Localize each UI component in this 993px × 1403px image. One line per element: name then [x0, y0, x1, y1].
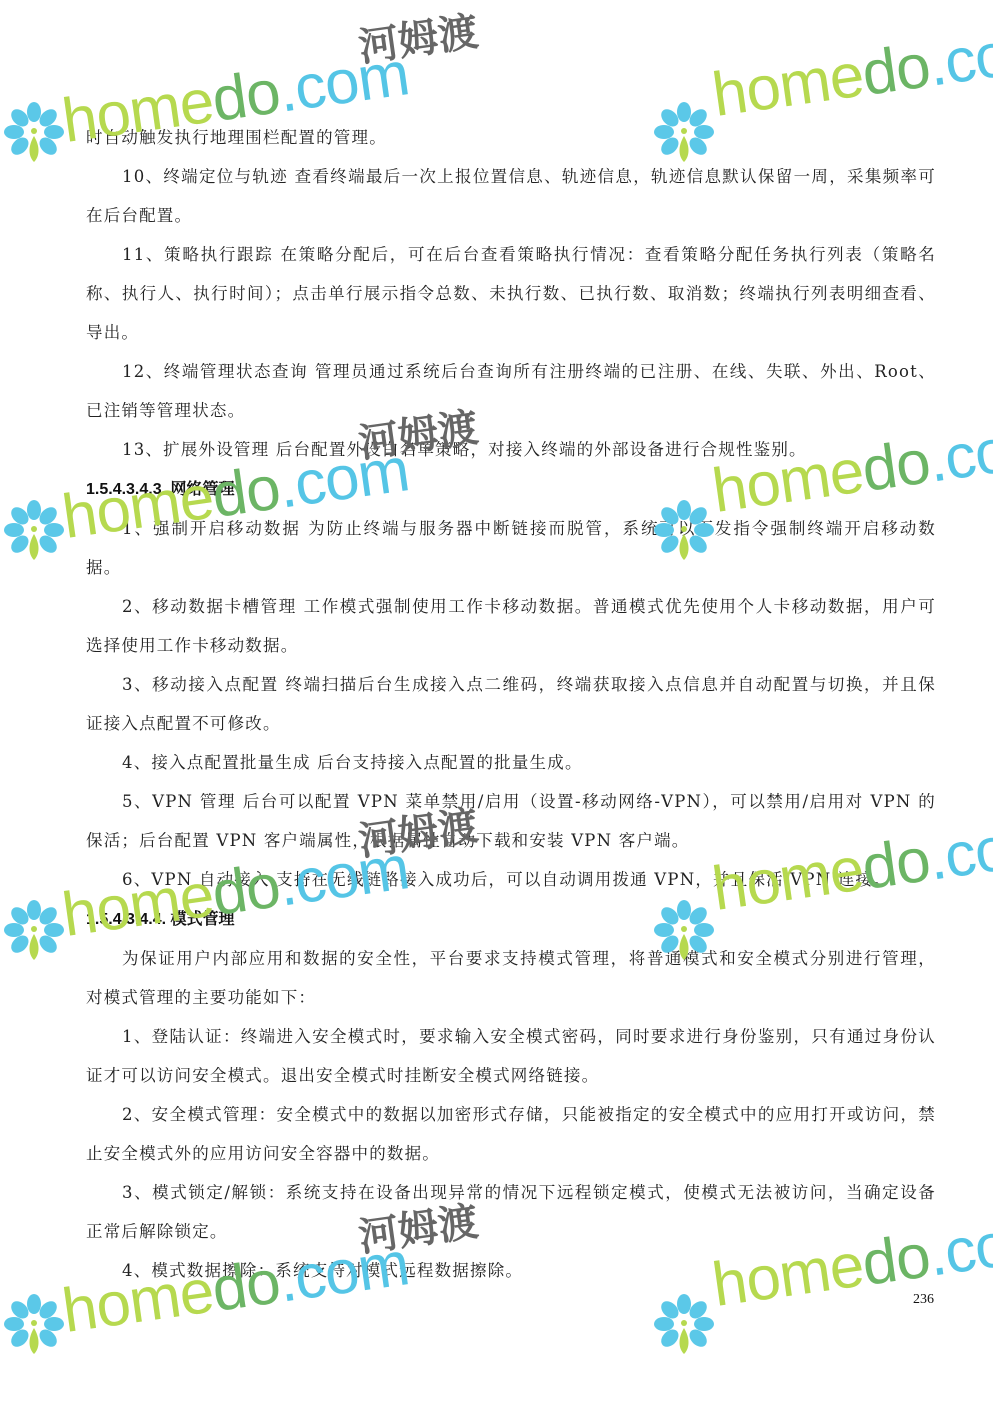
- paragraph-mode-2: 2、安全模式管理：安全模式中的数据以加密形式存储，只能被指定的安全模式中的应用打…: [86, 1095, 936, 1173]
- paragraph-geofence-tail: 时自动触发执行地理围栏配置的管理。: [86, 118, 936, 157]
- paragraph-network-1: 1、强制开启移动数据 为防止终端与服务器中断链接而脱管，系统可以下发指令强制终端…: [86, 509, 936, 587]
- homedo-flower-logo-icon: [2, 1292, 66, 1356]
- paragraph-item-13: 13、扩展外设管理 后台配置外设白名单策略，对接入终端的外部设备进行合规性鉴别。: [86, 430, 936, 469]
- paragraph-network-2: 2、移动数据卡槽管理 工作模式强制使用工作卡移动数据。普通模式优先使用个人卡移动…: [86, 587, 936, 665]
- paragraph-item-11: 11、策略执行跟踪 在策略分配后，可在后台查看策略执行情况：查看策略分配任务执行…: [86, 235, 936, 352]
- watermark-hemudu: 河姆渡: [355, 0, 482, 73]
- page-number: 236: [913, 1292, 934, 1308]
- section-number: 1.5.4.3.4.3.: [86, 481, 166, 498]
- paragraph-network-4: 4、接入点配置批量生成 后台支持接入点配置的批量生成。: [86, 743, 936, 782]
- paragraph-network-6: 6、VPN 自动接入 支持在无线链路接入成功后，可以自动调用拨通 VPN，并且保…: [86, 860, 936, 899]
- homedo-flower-logo-icon: [2, 100, 66, 164]
- page-content: 时自动触发执行地理围栏配置的管理。 10、终端定位与轨迹 查看终端最后一次上报位…: [86, 118, 936, 1290]
- section-heading-network: 1.5.4.3.4.3. 网络管理: [86, 469, 936, 509]
- watermark-homedo: homedo.com: [708, 12, 993, 131]
- homedo-flower-logo-icon: [2, 498, 66, 562]
- homedo-flower-logo-icon: [2, 898, 66, 962]
- homedo-flower-logo-icon: [652, 1292, 716, 1356]
- document-page: 时自动触发执行地理围栏配置的管理。 10、终端定位与轨迹 查看终端最后一次上报位…: [0, 0, 993, 1403]
- section-title: 模式管理: [171, 909, 235, 928]
- section-heading-mode: 1.5.4.3.4.4. 模式管理: [86, 899, 936, 939]
- section-title: 网络管理: [171, 479, 235, 498]
- paragraph-network-5: 5、VPN 管理 后台可以配置 VPN 菜单禁用/启用（设置-移动网络-VPN）…: [86, 782, 936, 860]
- paragraph-mode-intro: 为保证用户内部应用和数据的安全性，平台要求支持模式管理，将普通模式和安全模式分别…: [86, 939, 936, 1017]
- paragraph-mode-1: 1、登陆认证：终端进入安全模式时，要求输入安全模式密码，同时要求进行身份鉴别，只…: [86, 1017, 936, 1095]
- paragraph-mode-4: 4、模式数据擦除：系统支持对模式远程数据擦除。: [86, 1251, 936, 1290]
- section-number: 1.5.4.3.4.4.: [86, 911, 166, 928]
- paragraph-item-12: 12、终端管理状态查询 管理员通过系统后台查询所有注册终端的已注册、在线、失联、…: [86, 352, 936, 430]
- paragraph-network-3: 3、移动接入点配置 终端扫描后台生成接入点二维码，终端获取接入点信息并自动配置与…: [86, 665, 936, 743]
- paragraph-item-10: 10、终端定位与轨迹 查看终端最后一次上报位置信息、轨迹信息，轨迹信息默认保留一…: [86, 157, 936, 235]
- paragraph-mode-3: 3、模式锁定/解锁：系统支持在设备出现异常的情况下远程锁定模式，使模式无法被访问…: [86, 1173, 936, 1251]
